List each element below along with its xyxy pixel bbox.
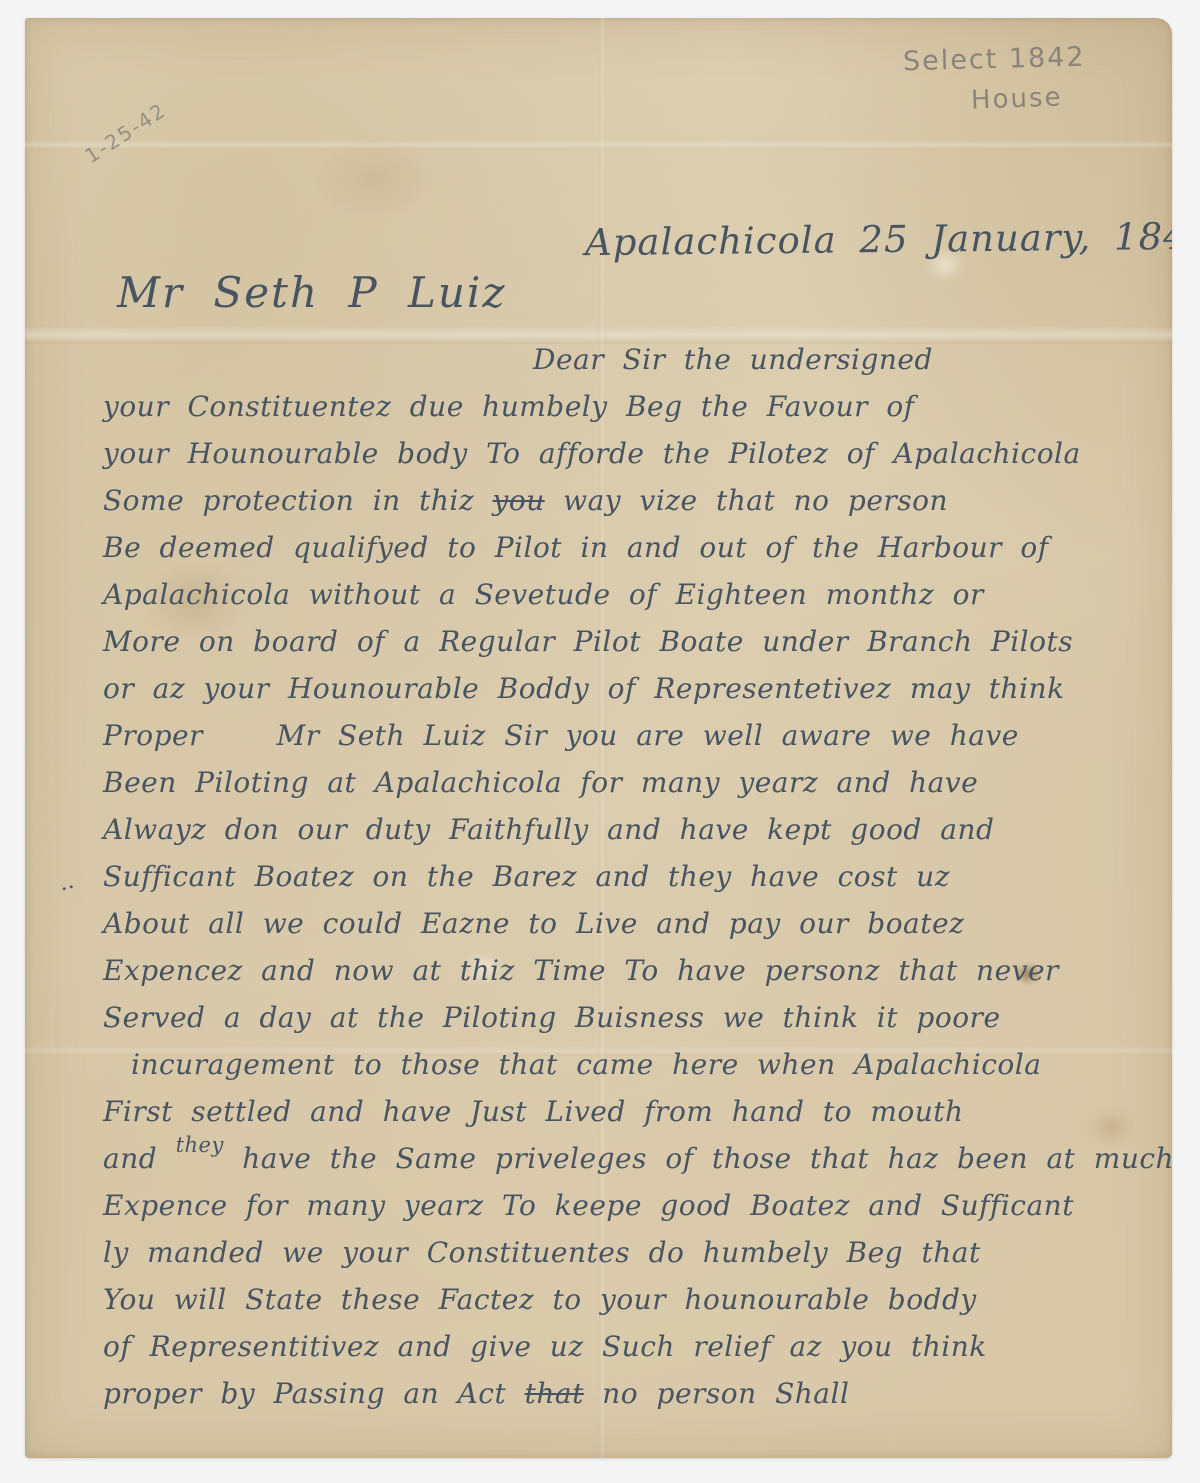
letter-text: Be deemed qualifyed to Pilot in and out … bbox=[103, 531, 1049, 564]
letter-line: Proper Mr Seth Luiz Sir you are well awa… bbox=[103, 712, 1172, 759]
horizontal-fold-crease bbox=[25, 140, 1172, 150]
interlined-word: they bbox=[176, 1122, 224, 1169]
letter-line: You will State these Factez to your houn… bbox=[103, 1276, 1172, 1323]
letter-text: no person Shall bbox=[584, 1377, 850, 1410]
letter-text: Sufficant Boatez on the Barez and they h… bbox=[103, 860, 950, 893]
letter-text: Been Piloting at Apalachicola for many y… bbox=[103, 766, 978, 799]
letter-text: ly manded we your Constituentes do humbe… bbox=[103, 1236, 981, 1269]
struck-out-word: you bbox=[493, 484, 545, 517]
scanned-letter-page: Select 1842 House 1-25-42 Apalachicola 2… bbox=[0, 0, 1200, 1483]
letter-line: your Constituentez due humbely Beg the F… bbox=[103, 383, 1172, 430]
letter-line: ly manded we your Constituentes do humbe… bbox=[103, 1229, 1172, 1276]
letter-paper: Select 1842 House 1-25-42 Apalachicola 2… bbox=[25, 18, 1172, 1458]
letter-text: proper by Passing an Act bbox=[103, 1377, 525, 1410]
letter-text: Expencez and now at thiz Time To have pe… bbox=[103, 954, 1059, 987]
letter-text: Alwayz don our duty Faithfully and have … bbox=[103, 813, 994, 846]
letter-text: Proper Mr Seth Luiz Sir you are well awa… bbox=[103, 719, 1019, 752]
letter-line: or az your Hounourable Boddy of Represen… bbox=[103, 665, 1172, 712]
letter-text: Apalachicola without a Sevetude of Eight… bbox=[103, 578, 984, 611]
archive-note-select-1842: Select 1842 bbox=[903, 42, 1086, 78]
letter-line: Expence for many yearz To keepe good Boa… bbox=[103, 1182, 1172, 1229]
letter-text: your Hounourable body To afforde the Pil… bbox=[103, 437, 1081, 470]
archive-date-stamp: 1-25-42 bbox=[80, 98, 170, 168]
letter-text: or az your Hounourable Boddy of Represen… bbox=[103, 672, 1065, 705]
letter-line: incuragement to those that came here whe… bbox=[103, 1041, 1172, 1088]
paper-stain bbox=[315, 138, 435, 218]
letter-line: Sufficant Boatez on the Barez and they h… bbox=[103, 853, 1172, 900]
letter-text: You will State these Factez to your houn… bbox=[103, 1283, 977, 1316]
letter-line: First settled and have Just Lived from h… bbox=[103, 1088, 1172, 1135]
letter-text: way vize that no person bbox=[545, 484, 948, 517]
letter-text: Served a day at the Piloting Buisness we… bbox=[103, 1001, 1001, 1034]
letter-text: About all we could Eazne to Live and pay… bbox=[103, 907, 964, 940]
letter-line: Served a day at the Piloting Buisness we… bbox=[103, 994, 1172, 1041]
letter-line: Dear Sir the undersigned bbox=[103, 336, 1172, 383]
letter-line: proper by Passing an Act that no person … bbox=[103, 1370, 1172, 1417]
letter-text: Some protection in thiz bbox=[103, 484, 493, 517]
struck-out-word: that bbox=[525, 1377, 584, 1410]
margin-ink-marks: ‥ bbox=[56, 868, 78, 896]
archive-note-house: House bbox=[971, 82, 1063, 115]
letter-line: of Representitivez and give uz Such reli… bbox=[103, 1323, 1172, 1370]
letter-text: incuragement to those that came here whe… bbox=[131, 1048, 1041, 1081]
letter-text: have the Same priveleges of those that h… bbox=[224, 1142, 1172, 1175]
letter-line: Been Piloting at Apalachicola for many y… bbox=[103, 759, 1172, 806]
letter-line: More on board of a Regular Pilot Boate u… bbox=[103, 618, 1172, 665]
letter-text: Dear Sir the undersigned bbox=[533, 343, 933, 376]
letter-text: More on board of a Regular Pilot Boate u… bbox=[103, 625, 1073, 658]
letter-body: Dear Sir the undersignedyour Constituent… bbox=[103, 336, 1172, 1417]
letter-line: About all we could Eazne to Live and pay… bbox=[103, 900, 1172, 947]
letter-dateline: Apalachicola 25 January, 1842 bbox=[585, 215, 1172, 264]
letter-text: and bbox=[103, 1142, 176, 1175]
letter-text: Expence for many yearz To keepe good Boa… bbox=[103, 1189, 1074, 1222]
letter-line: and they have the Same priveleges of tho… bbox=[103, 1135, 1172, 1182]
letter-line: Apalachicola without a Sevetude of Eight… bbox=[103, 571, 1172, 618]
letter-line: your Hounourable body To afforde the Pil… bbox=[103, 430, 1172, 477]
letter-text: of Representitivez and give uz Such reli… bbox=[103, 1330, 987, 1363]
letter-line: Alwayz don our duty Faithfully and have … bbox=[103, 806, 1172, 853]
letter-salutation: Mr Seth P Luiz bbox=[117, 268, 506, 317]
letter-line: Expencez and now at thiz Time To have pe… bbox=[103, 947, 1172, 994]
letter-text: your Constituentez due humbely Beg the F… bbox=[103, 390, 915, 423]
letter-line: Be deemed qualifyed to Pilot in and out … bbox=[103, 524, 1172, 571]
letter-text: First settled and have Just Lived from h… bbox=[103, 1095, 964, 1128]
letter-line: Some protection in thiz you way vize tha… bbox=[103, 477, 1172, 524]
